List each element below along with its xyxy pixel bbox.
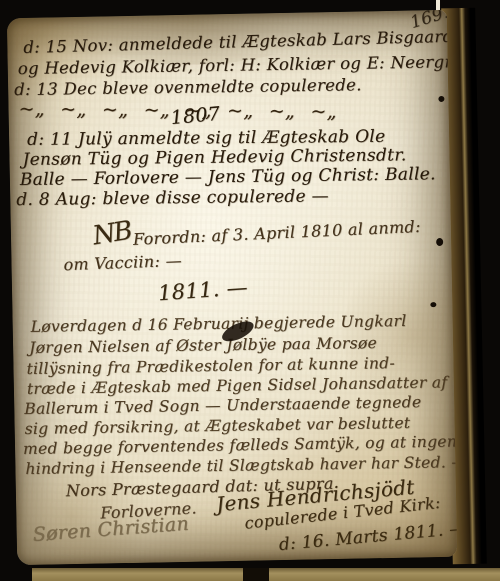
year-heading-1811: 1811. —: [157, 275, 248, 305]
entry-1806-line-3: d: 13 Dec bleve ovenmeldte copulerede.: [14, 75, 362, 99]
entry-1811-line-2: Jørgen Nielsen af Øster Jølbÿe paa Morsø…: [29, 334, 377, 357]
table-edge-gap: [243, 568, 269, 581]
ink-speck: [430, 302, 436, 307]
manuscript-paper: 169. d: 15 Nov: anmeldede til Ægteskab L…: [7, 10, 457, 565]
note-1810-line-2: om Vacciin: —: [63, 251, 182, 274]
ink-speck: [438, 96, 444, 102]
ink-speck: [436, 238, 443, 246]
photo-frame: 169. d: 15 Nov: anmeldede til Ægteskab L…: [0, 0, 500, 581]
note-1810-line-1: Forordn: af 3. April 1810 al anmd:: [133, 217, 421, 249]
entry-1807-line-4: d. 8 Aug: bleve disse copulerede —: [16, 186, 329, 210]
entry-1806-line-2: og Hedevig Kolkiær, forl: H: Kolkiær og …: [18, 52, 458, 78]
father-signature: Søren Christian: [32, 513, 190, 546]
year-heading-1807: 1807: [170, 103, 221, 129]
nb-mark: NB: [91, 216, 133, 252]
entry-1811-line-1: Løverdagen d 16 Februarij begjerede Ungk…: [31, 312, 407, 336]
